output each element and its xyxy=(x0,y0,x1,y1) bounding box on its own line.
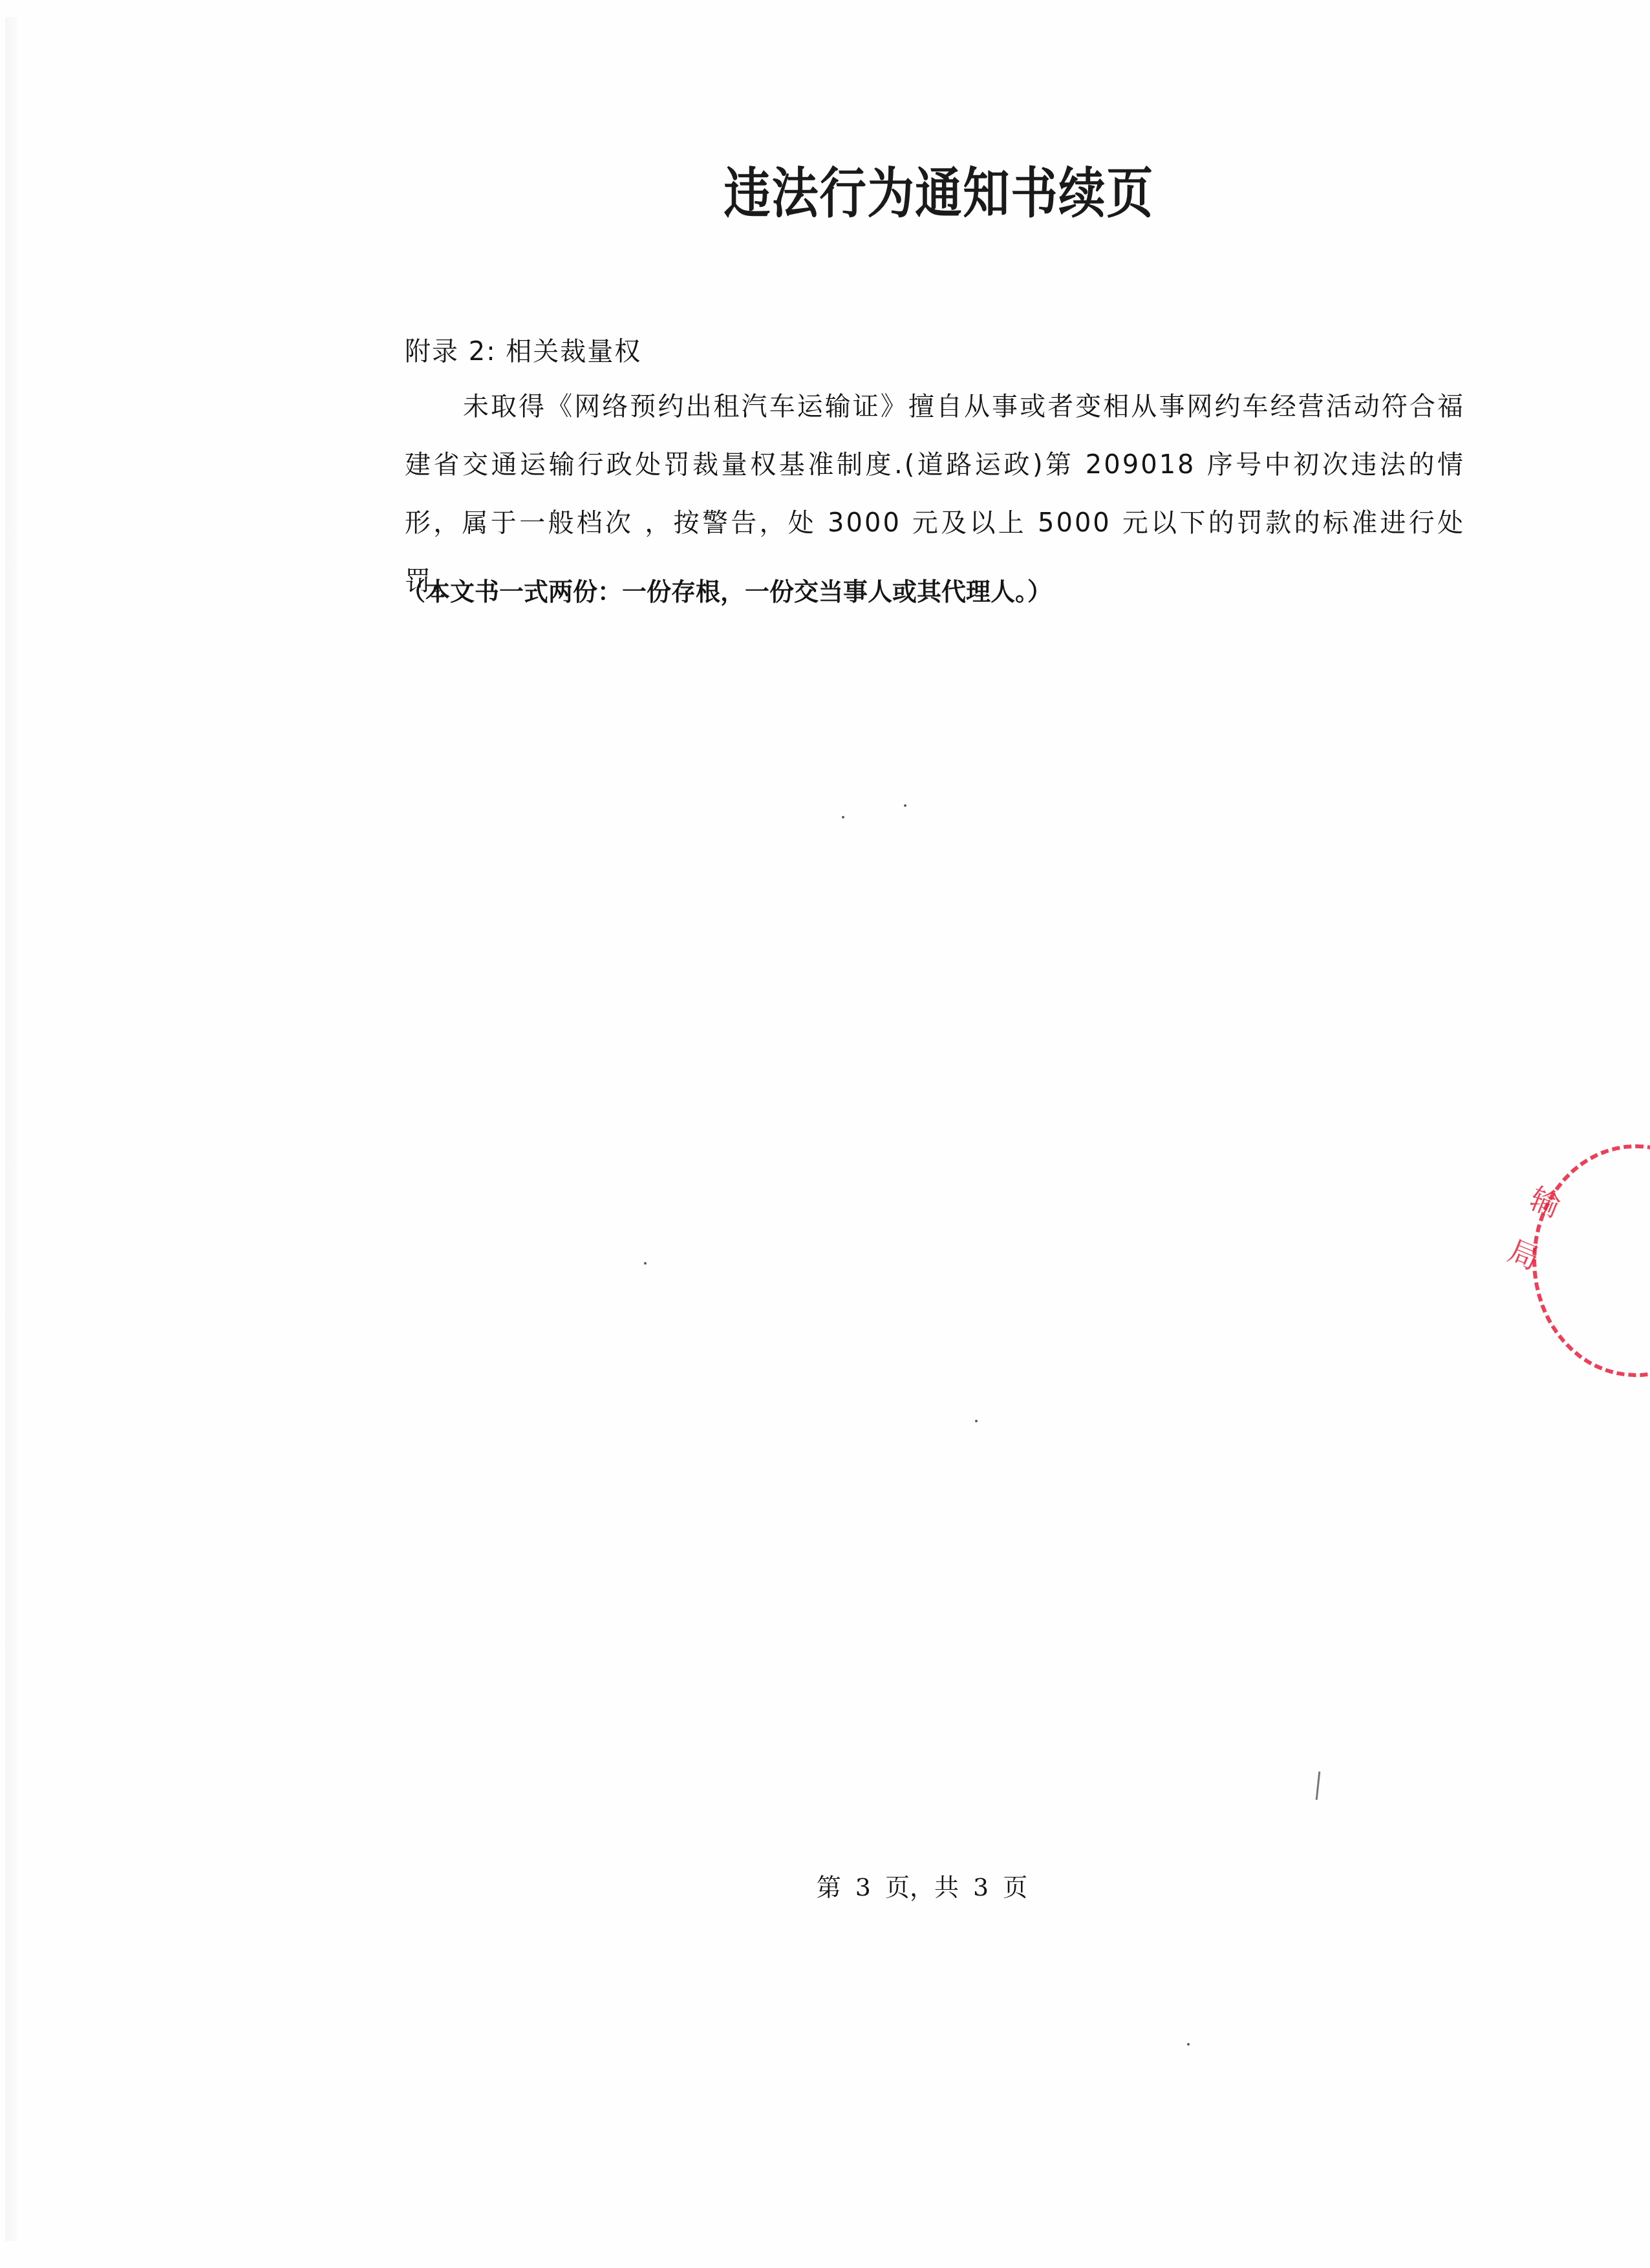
page-indicator: 第 3 页，共 3 页 xyxy=(0,1867,1650,1903)
document-title: 违法行为通知书续页 xyxy=(129,150,1548,228)
scan-speck xyxy=(904,804,906,807)
scan-edge-shadow xyxy=(5,17,17,2241)
scan-speck xyxy=(1187,2043,1190,2046)
appendix-heading: 附录 2: 相关裁量权 xyxy=(405,331,641,368)
scan-speck xyxy=(975,1420,978,1422)
document-page: 违法行为通知书续页 附录 2: 相关裁量权 未取得《网络预约出租汽车运输证》擅自… xyxy=(0,0,1650,2268)
scan-speck xyxy=(644,1262,647,1265)
scan-mark xyxy=(1316,1771,1321,1800)
scan-speck xyxy=(842,816,844,818)
copies-note: （本文书一式两份：一份存根，一份交当事人或其代理人。） xyxy=(401,572,1052,607)
